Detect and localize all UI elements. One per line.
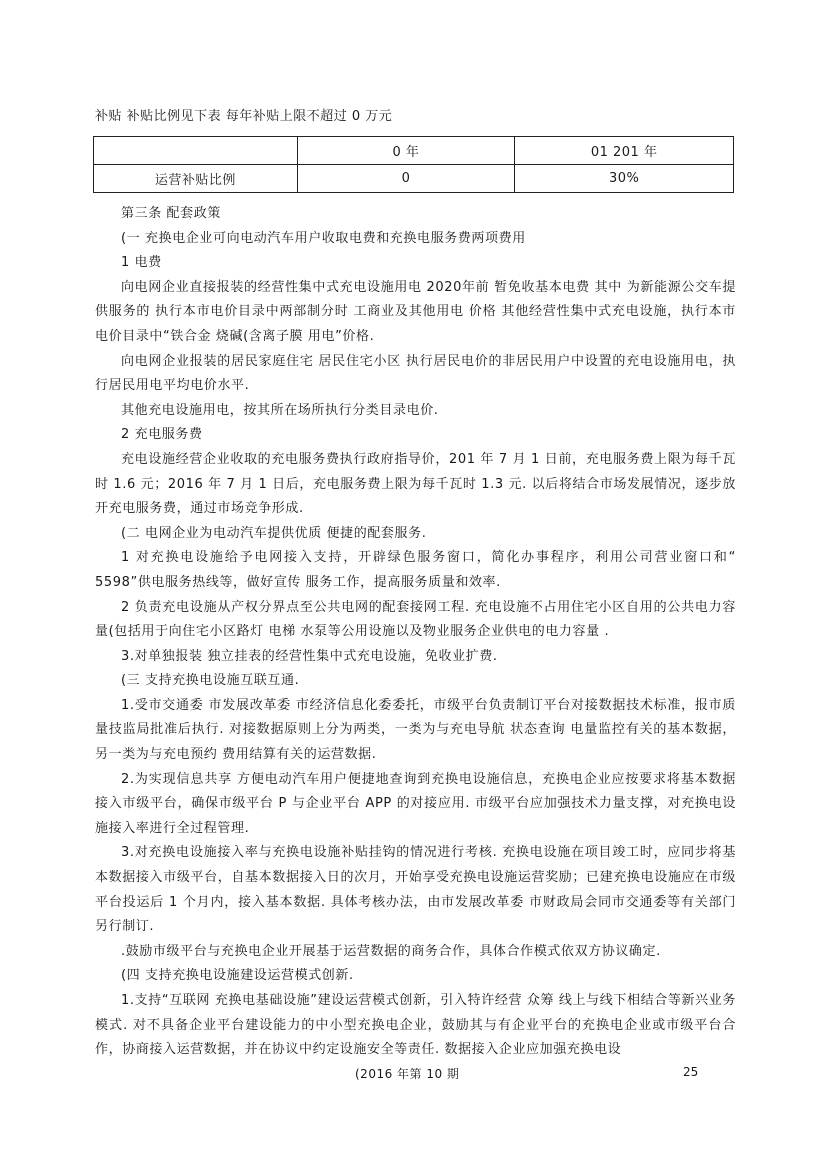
document-page: 补贴 补贴比例见下表 每年补贴上限不超过 0 万元 0 年 01 201 年 运… xyxy=(0,0,827,1170)
table-cell: 0 xyxy=(297,165,515,193)
page-footer: (2016 年第 10 期 25 xyxy=(0,1065,827,1085)
table-header-cell xyxy=(94,137,298,165)
table-row: 运营补贴比例 0 30% xyxy=(94,165,734,193)
paragraph: 1.受市交通委 市发展改革委 市经济信息化委委托，市级平台负责制订平台对接数据技… xyxy=(95,694,736,768)
subsidy-ratio-table: 0 年 01 201 年 运营补贴比例 0 30% xyxy=(93,136,734,193)
table-cell: 运营补贴比例 xyxy=(94,165,298,193)
paragraph: 其他充电设施用电，按其所在场所执行分类目录电价. xyxy=(95,399,736,424)
paragraph: .鼓励市级平台与充换电企业开展基于运营数据的商务合作，具体合作模式依双方协议确定… xyxy=(95,940,736,965)
table-header-row: 0 年 01 201 年 xyxy=(94,137,734,165)
subsection-heading: 2 充电服务费 xyxy=(95,423,736,448)
paragraph: 3.对充换电设施接入率与充换电设施补贴挂钩的情况进行考核. 充换电设施在项目竣工… xyxy=(95,841,736,939)
paragraph: 2.为实现信息共享 方便电动汽车用户便捷地查询到充换电设施信息，充换电企业应按要… xyxy=(95,768,736,842)
section-heading: (二 电网企业为电动汽车提供优质 便捷的配套服务. xyxy=(95,522,736,547)
paragraph: 2 负责充电设施从产权分界点至公共电网的配套接网工程. 充电设施不占用住宅小区自… xyxy=(95,596,736,645)
table-header-cell: 01 201 年 xyxy=(515,137,734,165)
paragraph: 充电设施经营企业收取的充电服务费执行政府指导价，201 年 7 月 1 日前，充… xyxy=(95,448,736,522)
article-body: 第三条 配套政策 (一 充换电企业可向电动汽车用户收取电费和充换电服务费两项费用… xyxy=(95,202,736,1063)
table-header-cell: 0 年 xyxy=(297,137,515,165)
article-heading: 第三条 配套政策 xyxy=(95,202,736,227)
paragraph: 向电网企业报装的居民家庭住宅 居民住宅小区 执行居民电价的非居民用户中设置的充电… xyxy=(95,350,736,399)
section-heading: (一 充换电企业可向电动汽车用户收取电费和充换电服务费两项费用 xyxy=(95,227,736,252)
subsidy-intro-line: 补贴 补贴比例见下表 每年补贴上限不超过 0 万元 xyxy=(95,108,735,126)
page-number: 25 xyxy=(683,1065,698,1079)
section-heading: (三 支持充换电设施互联互通. xyxy=(95,669,736,694)
paragraph: 3.对单独报装 独立挂表的经营性集中式充电设施，免收业扩费. xyxy=(95,645,736,670)
paragraph: 1 对充换电设施给予电网接入支持，开辟绿色服务窗口，简化办事程序，利用公司营业窗… xyxy=(95,546,736,595)
paragraph: 1.支持“互联网 充换电基础设施”建设运营模式创新，引入特许经营 众筹 线上与线… xyxy=(95,989,736,1063)
section-heading: (四 支持充换电设施建设运营模式创新. xyxy=(95,964,736,989)
subsection-heading: 1 电费 xyxy=(95,251,736,276)
paragraph: 向电网企业直接报装的经营性集中式充电设施用电 2020年前 暂免收基本电费 其中… xyxy=(95,276,736,350)
table-cell: 30% xyxy=(515,165,734,193)
issue-label: (2016 年第 10 期 xyxy=(355,1065,459,1082)
